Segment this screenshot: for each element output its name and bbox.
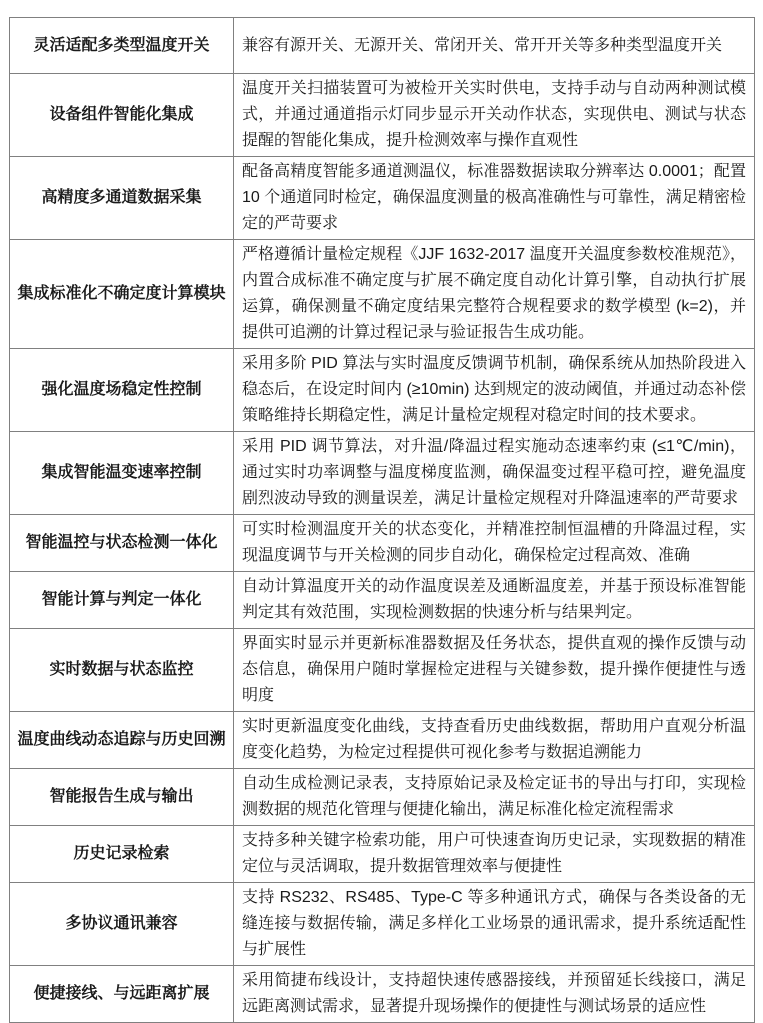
description-cell: 采用 PID 调节算法，对升温/降温过程实施动态速率约束 (≤1℃/min)，通… [234,432,755,515]
feature-cell: 设备组件智能化集成 [10,74,234,157]
description-cell: 支持多种关键字检索功能，用户可快速查询历史记录，实现数据的精准定位与灵活调取，提… [234,826,755,883]
table-row: 智能温控与状态检测一体化 可实时检测温度开关的状态变化，并精准控制恒温槽的升降温… [10,515,755,572]
feature-cell: 智能温控与状态检测一体化 [10,515,234,572]
description-cell: 可实时检测温度开关的状态变化，并精准控制恒温槽的升降温过程，实现温度调节与开关检… [234,515,755,572]
feature-cell: 多协议通讯兼容 [10,883,234,966]
features-table: 灵活适配多类型温度开关 兼容有源开关、无源开关、常闭开关、常开开关等多种类型温度… [9,17,755,1023]
description-cell: 自动生成检测记录表，支持原始记录及检定证书的导出与打印，实现检测数据的规范化管理… [234,769,755,826]
feature-cell: 实时数据与状态监控 [10,629,234,712]
description-cell: 支持 RS232、RS485、Type-C 等多种通讯方式，确保与各类设备的无缝… [234,883,755,966]
feature-cell: 高精度多通道数据采集 [10,157,234,240]
description-cell: 严格遵循计量检定规程《JJF 1632-2017 温度开关温度参数校准规范》，内… [234,240,755,349]
description-cell: 自动计算温度开关的动作温度误差及通断温度差，并基于预设标准智能判定其有效范围，实… [234,572,755,629]
description-cell: 配备高精度智能多通道测温仪，标准器数据读取分辨率达 0.0001；配置 10 个… [234,157,755,240]
table-row: 智能计算与判定一体化 自动计算温度开关的动作温度误差及通断温度差，并基于预设标准… [10,572,755,629]
description-cell: 温度开关扫描装置可为被检开关实时供电，支持手动与自动两种测试模式，并通过通道指示… [234,74,755,157]
table-row: 集成智能温变速率控制 采用 PID 调节算法，对升温/降温过程实施动态速率约束 … [10,432,755,515]
description-cell: 采用简捷布线设计，支持超快速传感器接线，并预留延长线接口，满足远距离测试需求，显… [234,966,755,1023]
table-row: 实时数据与状态监控 界面实时显示并更新标准器数据及任务状态，提供直观的操作反馈与… [10,629,755,712]
table-row: 便捷接线、与远距离扩展 采用简捷布线设计，支持超快速传感器接线，并预留延长线接口… [10,966,755,1023]
feature-cell: 智能报告生成与输出 [10,769,234,826]
feature-cell: 历史记录检索 [10,826,234,883]
table-row: 高精度多通道数据采集 配备高精度智能多通道测温仪，标准器数据读取分辨率达 0.0… [10,157,755,240]
description-cell: 界面实时显示并更新标准器数据及任务状态，提供直观的操作反馈与动态信息，确保用户随… [234,629,755,712]
description-cell: 兼容有源开关、无源开关、常闭开关、常开开关等多种类型温度开关 [234,18,755,74]
feature-cell: 温度曲线动态追踪与历史回溯 [10,712,234,769]
feature-cell: 灵活适配多类型温度开关 [10,18,234,74]
table-row: 智能报告生成与输出 自动生成检测记录表，支持原始记录及检定证书的导出与打印，实现… [10,769,755,826]
table-row: 灵活适配多类型温度开关 兼容有源开关、无源开关、常闭开关、常开开关等多种类型温度… [10,18,755,74]
description-cell: 实时更新温度变化曲线，支持查看历史曲线数据，帮助用户直观分析温度变化趋势，为检定… [234,712,755,769]
feature-cell: 集成标准化不确定度计算模块 [10,240,234,349]
feature-cell: 强化温度场稳定性控制 [10,349,234,432]
description-cell: 采用多阶 PID 算法与实时温度反馈调节机制，确保系统从加热阶段进入稳态后，在设… [234,349,755,432]
document-page: 灵活适配多类型温度开关 兼容有源开关、无源开关、常闭开关、常开开关等多种类型温度… [0,0,763,1016]
feature-cell: 便捷接线、与远距离扩展 [10,966,234,1023]
table-row: 设备组件智能化集成 温度开关扫描装置可为被检开关实时供电，支持手动与自动两种测试… [10,74,755,157]
feature-cell: 智能计算与判定一体化 [10,572,234,629]
table-row: 多协议通讯兼容 支持 RS232、RS485、Type-C 等多种通讯方式，确保… [10,883,755,966]
table-row: 历史记录检索 支持多种关键字检索功能，用户可快速查询历史记录，实现数据的精准定位… [10,826,755,883]
table-row: 温度曲线动态追踪与历史回溯 实时更新温度变化曲线，支持查看历史曲线数据，帮助用户… [10,712,755,769]
feature-cell: 集成智能温变速率控制 [10,432,234,515]
table-row: 强化温度场稳定性控制 采用多阶 PID 算法与实时温度反馈调节机制，确保系统从加… [10,349,755,432]
table-row: 集成标准化不确定度计算模块 严格遵循计量检定规程《JJF 1632-2017 温… [10,240,755,349]
